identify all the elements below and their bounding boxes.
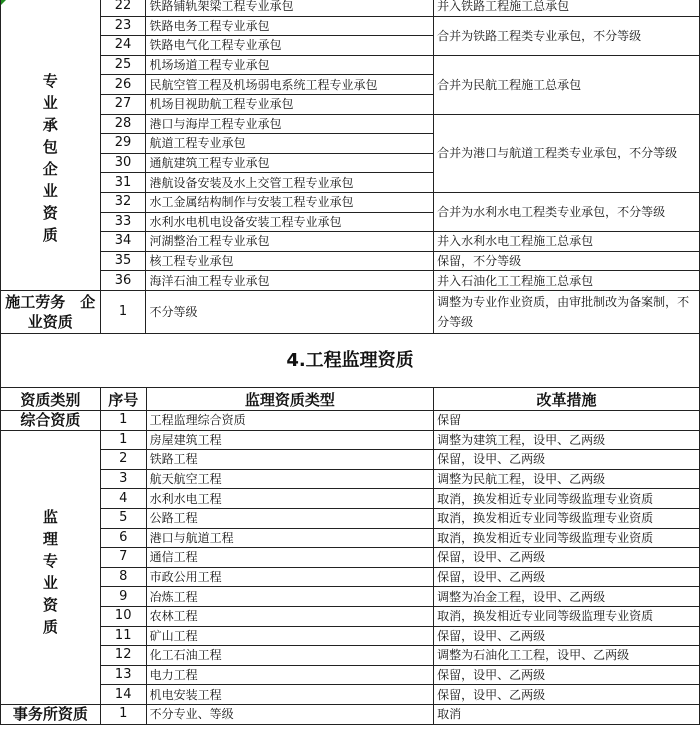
table-row: 5 公路工程 取消，换发相近专业同等级监理专业资质 (1, 508, 700, 528)
reform-measure: 保留，设甲、乙两级 (434, 685, 700, 705)
category-char: 监 (1, 506, 100, 528)
row-number: 31 (100, 173, 146, 193)
table-row: 6 港口与航道工程 取消，换发相近专业同等级监理专业资质 (1, 528, 700, 548)
reform-measure: 保留，设甲、乙两级 (434, 626, 700, 646)
row-number: 1 (100, 290, 146, 333)
qualification-type: 水利水电机电设备安装工程专业承包 (146, 212, 434, 232)
qualification-type: 冶炼工程 (146, 587, 433, 607)
reform-measure: 合并为铁路工程类专业承包，不分等级 (434, 16, 700, 55)
header-measure: 改革措施 (434, 388, 700, 411)
category-char: 资 (1, 202, 100, 224)
header-row: 资质类别 序号 监理资质类型 改革措施 (1, 388, 700, 411)
table-row: 2 铁路工程 保留，设甲、乙两级 (1, 450, 700, 470)
qualification-type: 农林工程 (146, 606, 433, 626)
qualification-type: 港口与海岸工程专业承包 (146, 114, 434, 134)
row-number: 29 (100, 134, 146, 154)
row-number: 11 (100, 626, 146, 646)
qualification-type: 水利水电工程 (146, 489, 433, 509)
qualification-type: 公路工程 (146, 508, 433, 528)
table-row: 13 电力工程 保留，设甲、乙两级 (1, 665, 700, 685)
table-row: 23 铁路电务工程专业承包 合并为铁路工程类专业承包，不分等级 (1, 16, 700, 36)
row-number: 26 (100, 75, 146, 95)
qualification-type: 河湖整治工程专业承包 (146, 232, 434, 252)
table-row-labor: 施工劳务 企业资质 1 不分等级 调整为专业作业资质，由审批制改为备案制，不分等… (1, 290, 700, 333)
category-cell-comprehensive: 综合资质 (1, 411, 101, 431)
reform-measure: 合并为民航工程施工总承包 (434, 55, 700, 114)
qualification-type: 水工金属结构制作与安装工程专业承包 (146, 192, 434, 212)
header-category: 资质类别 (1, 388, 101, 411)
category-char: 专 (1, 550, 100, 572)
category-char: 业 (1, 180, 100, 202)
table-row: 25 机场场道工程专业承包 合并为民航工程施工总承包 (1, 55, 700, 75)
category-cell-labor: 施工劳务 企业资质 (1, 290, 101, 333)
row-number: 9 (100, 587, 146, 607)
reform-measure: 合并为港口与航道工程类专业承包，不分等级 (434, 114, 700, 192)
qualification-type: 通航建筑工程专业承包 (146, 153, 434, 173)
reform-measure: 取消，换发相近专业同等级监理专业资质 (434, 508, 700, 528)
category-char: 业 (1, 572, 100, 594)
row-number: 28 (100, 114, 146, 134)
qualification-type: 核工程专业承包 (146, 251, 434, 271)
qualification-type: 市政公用工程 (146, 567, 433, 587)
qualification-type: 机场目视助航工程专业承包 (146, 94, 434, 114)
table-row: 监 理 专 业 资 质 1 房屋建筑工程 调整为建筑工程，设甲、乙两级 (1, 430, 700, 450)
row-number: 6 (100, 528, 146, 548)
table-row: 36 海洋石油工程专业承包 并入石油化工工程施工总承包 (1, 271, 700, 291)
row-number: 25 (100, 55, 146, 75)
table-row: 事务所资质 1 不分专业、等级 取消 (1, 704, 700, 724)
row-number: 1 (100, 430, 146, 450)
reform-measure: 并入水利水电工程施工总承包 (434, 232, 700, 252)
qualification-type: 化工石油工程 (146, 646, 433, 666)
row-number: 1 (100, 704, 146, 724)
row-number: 7 (100, 548, 146, 568)
category-char: 包 (1, 136, 100, 158)
qualification-type: 海洋石油工程专业承包 (146, 271, 434, 291)
qualification-type: 不分等级 (146, 290, 434, 333)
reform-measure: 保留，设甲、乙两级 (434, 665, 700, 685)
row-number: 12 (100, 646, 146, 666)
table-row: 12 化工石油工程 调整为石油化工工程，设甲、乙两级 (1, 646, 700, 666)
reform-measure: 调整为建筑工程，设甲、乙两级 (434, 430, 700, 450)
supervision-qualification-table: 资质类别 序号 监理资质类型 改革措施 综合资质 1 工程监理综合资质 保留 监… (0, 387, 700, 725)
section-title: 4.工程监理资质 (0, 334, 700, 387)
row-number: 27 (100, 94, 146, 114)
qualification-type: 铁路电气化工程专业承包 (146, 36, 434, 56)
qualification-type: 矿山工程 (146, 626, 433, 646)
qualification-type: 民航空管工程及机场弱电系统工程专业承包 (146, 75, 434, 95)
reform-measure: 保留 (434, 411, 700, 431)
table-row: 3 航天航空工程 调整为民航工程，设甲、乙两级 (1, 469, 700, 489)
table-row: 4 水利水电工程 取消，换发相近专业同等级监理专业资质 (1, 489, 700, 509)
row-number: 24 (100, 36, 146, 56)
reform-measure: 并入石油化工工程施工总承包 (434, 271, 700, 291)
category-cell-office: 事务所资质 (1, 704, 101, 724)
reform-measure: 取消，换发相近专业同等级监理专业资质 (434, 528, 700, 548)
qualification-type: 铁路铺轨架梁工程专业承包 (146, 0, 434, 16)
qualification-type: 房屋建筑工程 (146, 430, 433, 450)
reform-measure: 调整为冶金工程，设甲、乙两级 (434, 587, 700, 607)
row-number: 10 (100, 606, 146, 626)
reform-measure: 调整为民航工程，设甲、乙两级 (434, 469, 700, 489)
reform-measure: 保留，设甲、乙两级 (434, 548, 700, 568)
category-char: 承 (1, 114, 100, 136)
row-number: 1 (100, 411, 146, 431)
category-char: 企 (1, 158, 100, 180)
reform-measure: 取消 (434, 704, 700, 724)
qualification-type: 电力工程 (146, 665, 433, 685)
table-row: 34 河湖整治工程专业承包 并入水利水电工程施工总承包 (1, 232, 700, 252)
reform-measure: 保留，设甲、乙两级 (434, 450, 700, 470)
category-char: 专 (1, 70, 100, 92)
reform-measure: 保留，不分等级 (434, 251, 700, 271)
category-char: 质 (1, 616, 100, 638)
row-number: 33 (100, 212, 146, 232)
row-number: 3 (100, 469, 146, 489)
table-row: 专 业 承 包 企 业 资 质 22 铁路铺轨架梁工程专业承包 并入铁路工程施工… (1, 0, 700, 16)
category-char: 资 (1, 594, 100, 616)
table-row: 9 冶炼工程 调整为冶金工程，设甲、乙两级 (1, 587, 700, 607)
qualification-type: 机电安装工程 (146, 685, 433, 705)
row-number: 4 (100, 489, 146, 509)
category-char: 质 (1, 224, 100, 246)
header-type: 监理资质类型 (146, 388, 433, 411)
row-number: 2 (100, 450, 146, 470)
table-row: 7 通信工程 保留，设甲、乙两级 (1, 548, 700, 568)
table-row: 32 水工金属结构制作与安装工程专业承包 合并为水利水电工程类专业承包，不分等级 (1, 192, 700, 212)
qualification-type: 航天航空工程 (146, 469, 433, 489)
qualification-type: 工程监理综合资质 (146, 411, 433, 431)
qualification-type: 不分专业、等级 (146, 704, 433, 724)
row-number: 30 (100, 153, 146, 173)
qualification-type: 港航设备安装及水上交管工程专业承包 (146, 173, 434, 193)
qualification-type: 铁路电务工程专业承包 (146, 16, 434, 36)
row-number: 13 (100, 665, 146, 685)
reform-measure: 合并为水利水电工程类专业承包，不分等级 (434, 192, 700, 231)
row-number: 36 (100, 271, 146, 291)
row-number: 32 (100, 192, 146, 212)
reform-measure: 调整为石油化工工程，设甲、乙两级 (434, 646, 700, 666)
category-char: 理 (1, 528, 100, 550)
category-cell-specialty: 专 业 承 包 企 业 资 质 (1, 0, 101, 290)
header-number: 序号 (100, 388, 146, 411)
reform-measure: 取消，换发相近专业同等级监理专业资质 (434, 489, 700, 509)
table-row: 14 机电安装工程 保留，设甲、乙两级 (1, 685, 700, 705)
row-number: 5 (100, 508, 146, 528)
row-number: 23 (100, 16, 146, 36)
table-row: 28 港口与海岸工程专业承包 合并为港口与航道工程类专业承包，不分等级 (1, 114, 700, 134)
category-cell-specialty-supervision: 监 理 专 业 资 质 (1, 430, 101, 704)
qualification-type: 港口与航道工程 (146, 528, 433, 548)
row-number: 22 (100, 0, 146, 16)
reform-measure: 取消，换发相近专业同等级监理专业资质 (434, 606, 700, 626)
table-row: 8 市政公用工程 保留，设甲、乙两级 (1, 567, 700, 587)
table-row: 综合资质 1 工程监理综合资质 保留 (1, 411, 700, 431)
qualification-type: 机场场道工程专业承包 (146, 55, 434, 75)
table-row: 11 矿山工程 保留，设甲、乙两级 (1, 626, 700, 646)
row-number: 14 (100, 685, 146, 705)
qualification-type: 通信工程 (146, 548, 433, 568)
table-row: 10 农林工程 取消，换发相近专业同等级监理专业资质 (1, 606, 700, 626)
reform-measure: 保留，设甲、乙两级 (434, 567, 700, 587)
reform-measure: 并入铁路工程施工总承包 (434, 0, 700, 16)
table-row: 35 核工程专业承包 保留，不分等级 (1, 251, 700, 271)
category-char: 业 (1, 92, 100, 114)
row-number: 35 (100, 251, 146, 271)
row-number: 8 (100, 567, 146, 587)
specialty-contracting-table: 专 业 承 包 企 业 资 质 22 铁路铺轨架梁工程专业承包 并入铁路工程施工… (0, 0, 700, 334)
reform-measure: 调整为专业作业资质，由审批制改为备案制，不分等级 (434, 290, 700, 333)
row-number: 34 (100, 232, 146, 252)
qualification-type: 航道工程专业承包 (146, 134, 434, 154)
qualification-type: 铁路工程 (146, 450, 433, 470)
